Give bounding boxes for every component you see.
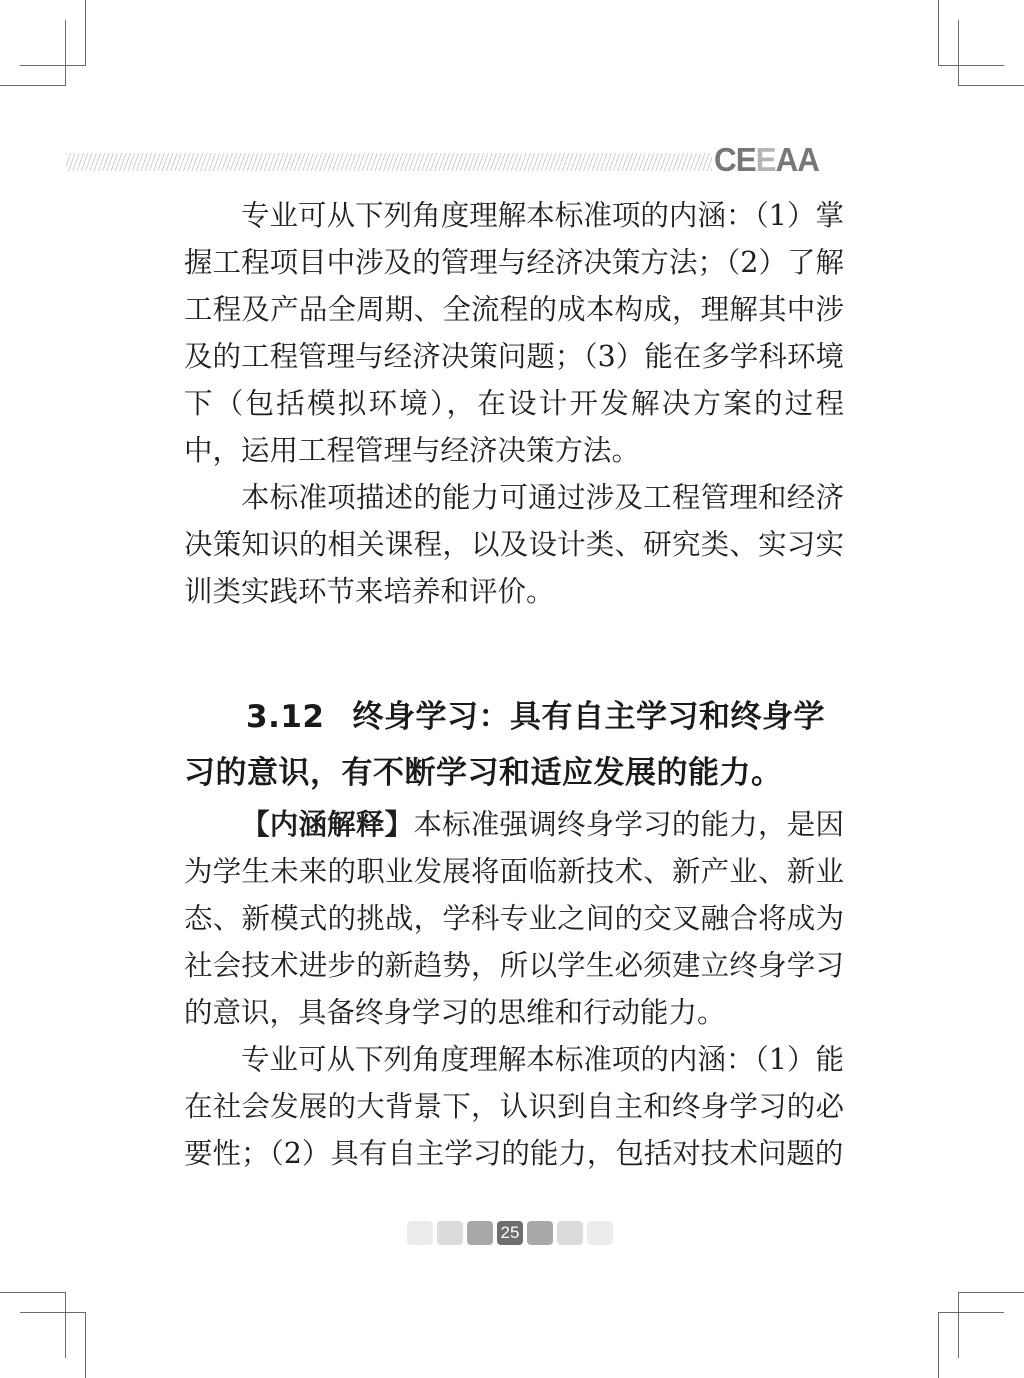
crop-mark	[938, 65, 1004, 66]
crop-mark	[938, 1312, 939, 1378]
explanation-lead: 【内涵解释】	[241, 808, 413, 841]
pager-block	[407, 1221, 433, 1245]
pager-block	[587, 1221, 613, 1245]
crop-mark	[938, 0, 939, 66]
header-hatch-bar	[66, 153, 712, 171]
explanation-paragraph: 【内涵解释】本标准强调终身学习的能力，是因为学生未来的职业发展将面临新技术、新产…	[184, 801, 844, 1036]
crop-mark	[958, 85, 1024, 86]
paragraph: 本标准项描述的能力可通过涉及工程管理和经济决策知识的相关课程，以及设计类、研究类…	[184, 474, 844, 615]
page-content: 专业可从下列角度理解本标准项的内涵：（1）掌握工程项目中涉及的管理与经济决策方法…	[184, 192, 844, 1177]
ceeaa-logo: CEEAA	[714, 140, 819, 180]
page-number-bar: 25	[407, 1221, 613, 1245]
explanation-text: 本标准强调终身学习的能力，是因为学生未来的职业发展将面临新技术、新产业、新业态、…	[184, 808, 844, 1029]
crop-mark	[65, 20, 66, 86]
crop-mark	[958, 20, 959, 86]
section-heading: 3.12终身学习：具有自主学习和终身学习的意识，有不断学习和适应发展的能力。	[184, 689, 844, 801]
crop-mark	[0, 1292, 66, 1293]
crop-mark	[958, 1292, 1024, 1293]
section-number: 3.12	[246, 699, 325, 735]
crop-mark	[20, 1312, 86, 1313]
crop-mark	[85, 0, 86, 66]
pager-block	[557, 1221, 583, 1245]
crop-mark	[85, 1312, 86, 1378]
paragraph: 专业可从下列角度理解本标准项的内涵：（1）能在社会发展的大背景下，认识到自主和终…	[184, 1036, 844, 1177]
paragraph: 专业可从下列角度理解本标准项的内涵：（1）掌握工程项目中涉及的管理与经济决策方法…	[184, 192, 844, 474]
crop-mark	[20, 65, 86, 66]
page-number: 25	[497, 1221, 523, 1245]
crop-mark	[938, 1312, 1004, 1313]
pager-block	[527, 1221, 553, 1245]
crop-mark	[958, 1292, 959, 1358]
crop-mark	[0, 85, 66, 86]
pager-block	[467, 1221, 493, 1245]
pager-block	[437, 1221, 463, 1245]
crop-mark	[65, 1292, 66, 1358]
